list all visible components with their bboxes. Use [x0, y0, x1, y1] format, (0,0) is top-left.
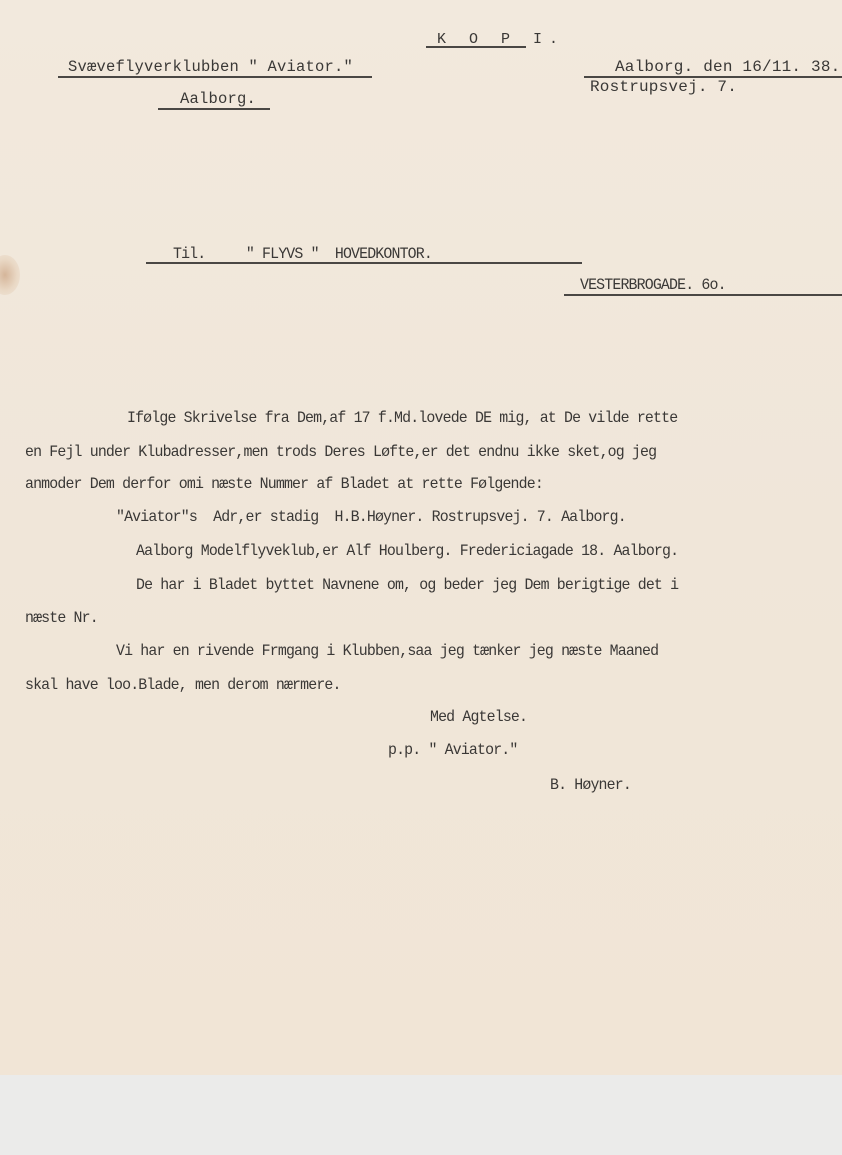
- sender-street: Rostrupsvej. 7.: [590, 78, 737, 96]
- body-line-3: anmoder Dem derfor omi næste Nummer af B…: [25, 475, 543, 493]
- body-line-9: skal have loo.Blade, men derom nærmere.: [25, 676, 341, 694]
- sender-city-underline: [158, 108, 270, 110]
- closing-salutation: Med Agtelse.: [430, 708, 527, 726]
- sender-city: Aalborg.: [180, 90, 256, 108]
- sender-club: Svæveflyverklubben " Aviator.": [68, 58, 353, 76]
- sender-club-underline: [58, 76, 372, 78]
- body-line-2: en Fejl under Klubadresser,men trods Der…: [25, 443, 656, 461]
- closing-signature: B. Høyner.: [550, 776, 631, 794]
- paper-stain: [0, 255, 20, 295]
- body-line-7: næste Nr.: [25, 609, 98, 627]
- body-line-8: Vi har en rivende Frmgang i Klubben,saa …: [116, 642, 658, 660]
- recipient-address: VESTERBROGADE. 6o.: [580, 276, 726, 294]
- copy-mark-underline: [426, 46, 526, 48]
- closing-on-behalf: p.p. " Aviator.": [388, 741, 517, 759]
- body-line-5: Aalborg Modelflyveklub,er Alf Houlberg. …: [136, 542, 678, 560]
- letter-page: K O P I. Svæveflyverklubben " Aviator." …: [0, 0, 842, 1075]
- body-line-6: De har i Bladet byttet Navnene om, og be…: [136, 576, 678, 594]
- recipient-line: Til. " FLYVS " HOVEDKONTOR.: [173, 245, 432, 263]
- recipient-address-underline: [564, 294, 842, 296]
- recipient-line-underline: [146, 262, 582, 264]
- body-line-4: "Aviator"s Adr,er stadig H.B.Høyner. Ros…: [116, 508, 626, 526]
- place-date: Aalborg. den 16/11. 38.: [615, 58, 840, 76]
- body-line-1: Ifølge Skrivelse fra Dem,af 17 f.Md.love…: [127, 409, 677, 427]
